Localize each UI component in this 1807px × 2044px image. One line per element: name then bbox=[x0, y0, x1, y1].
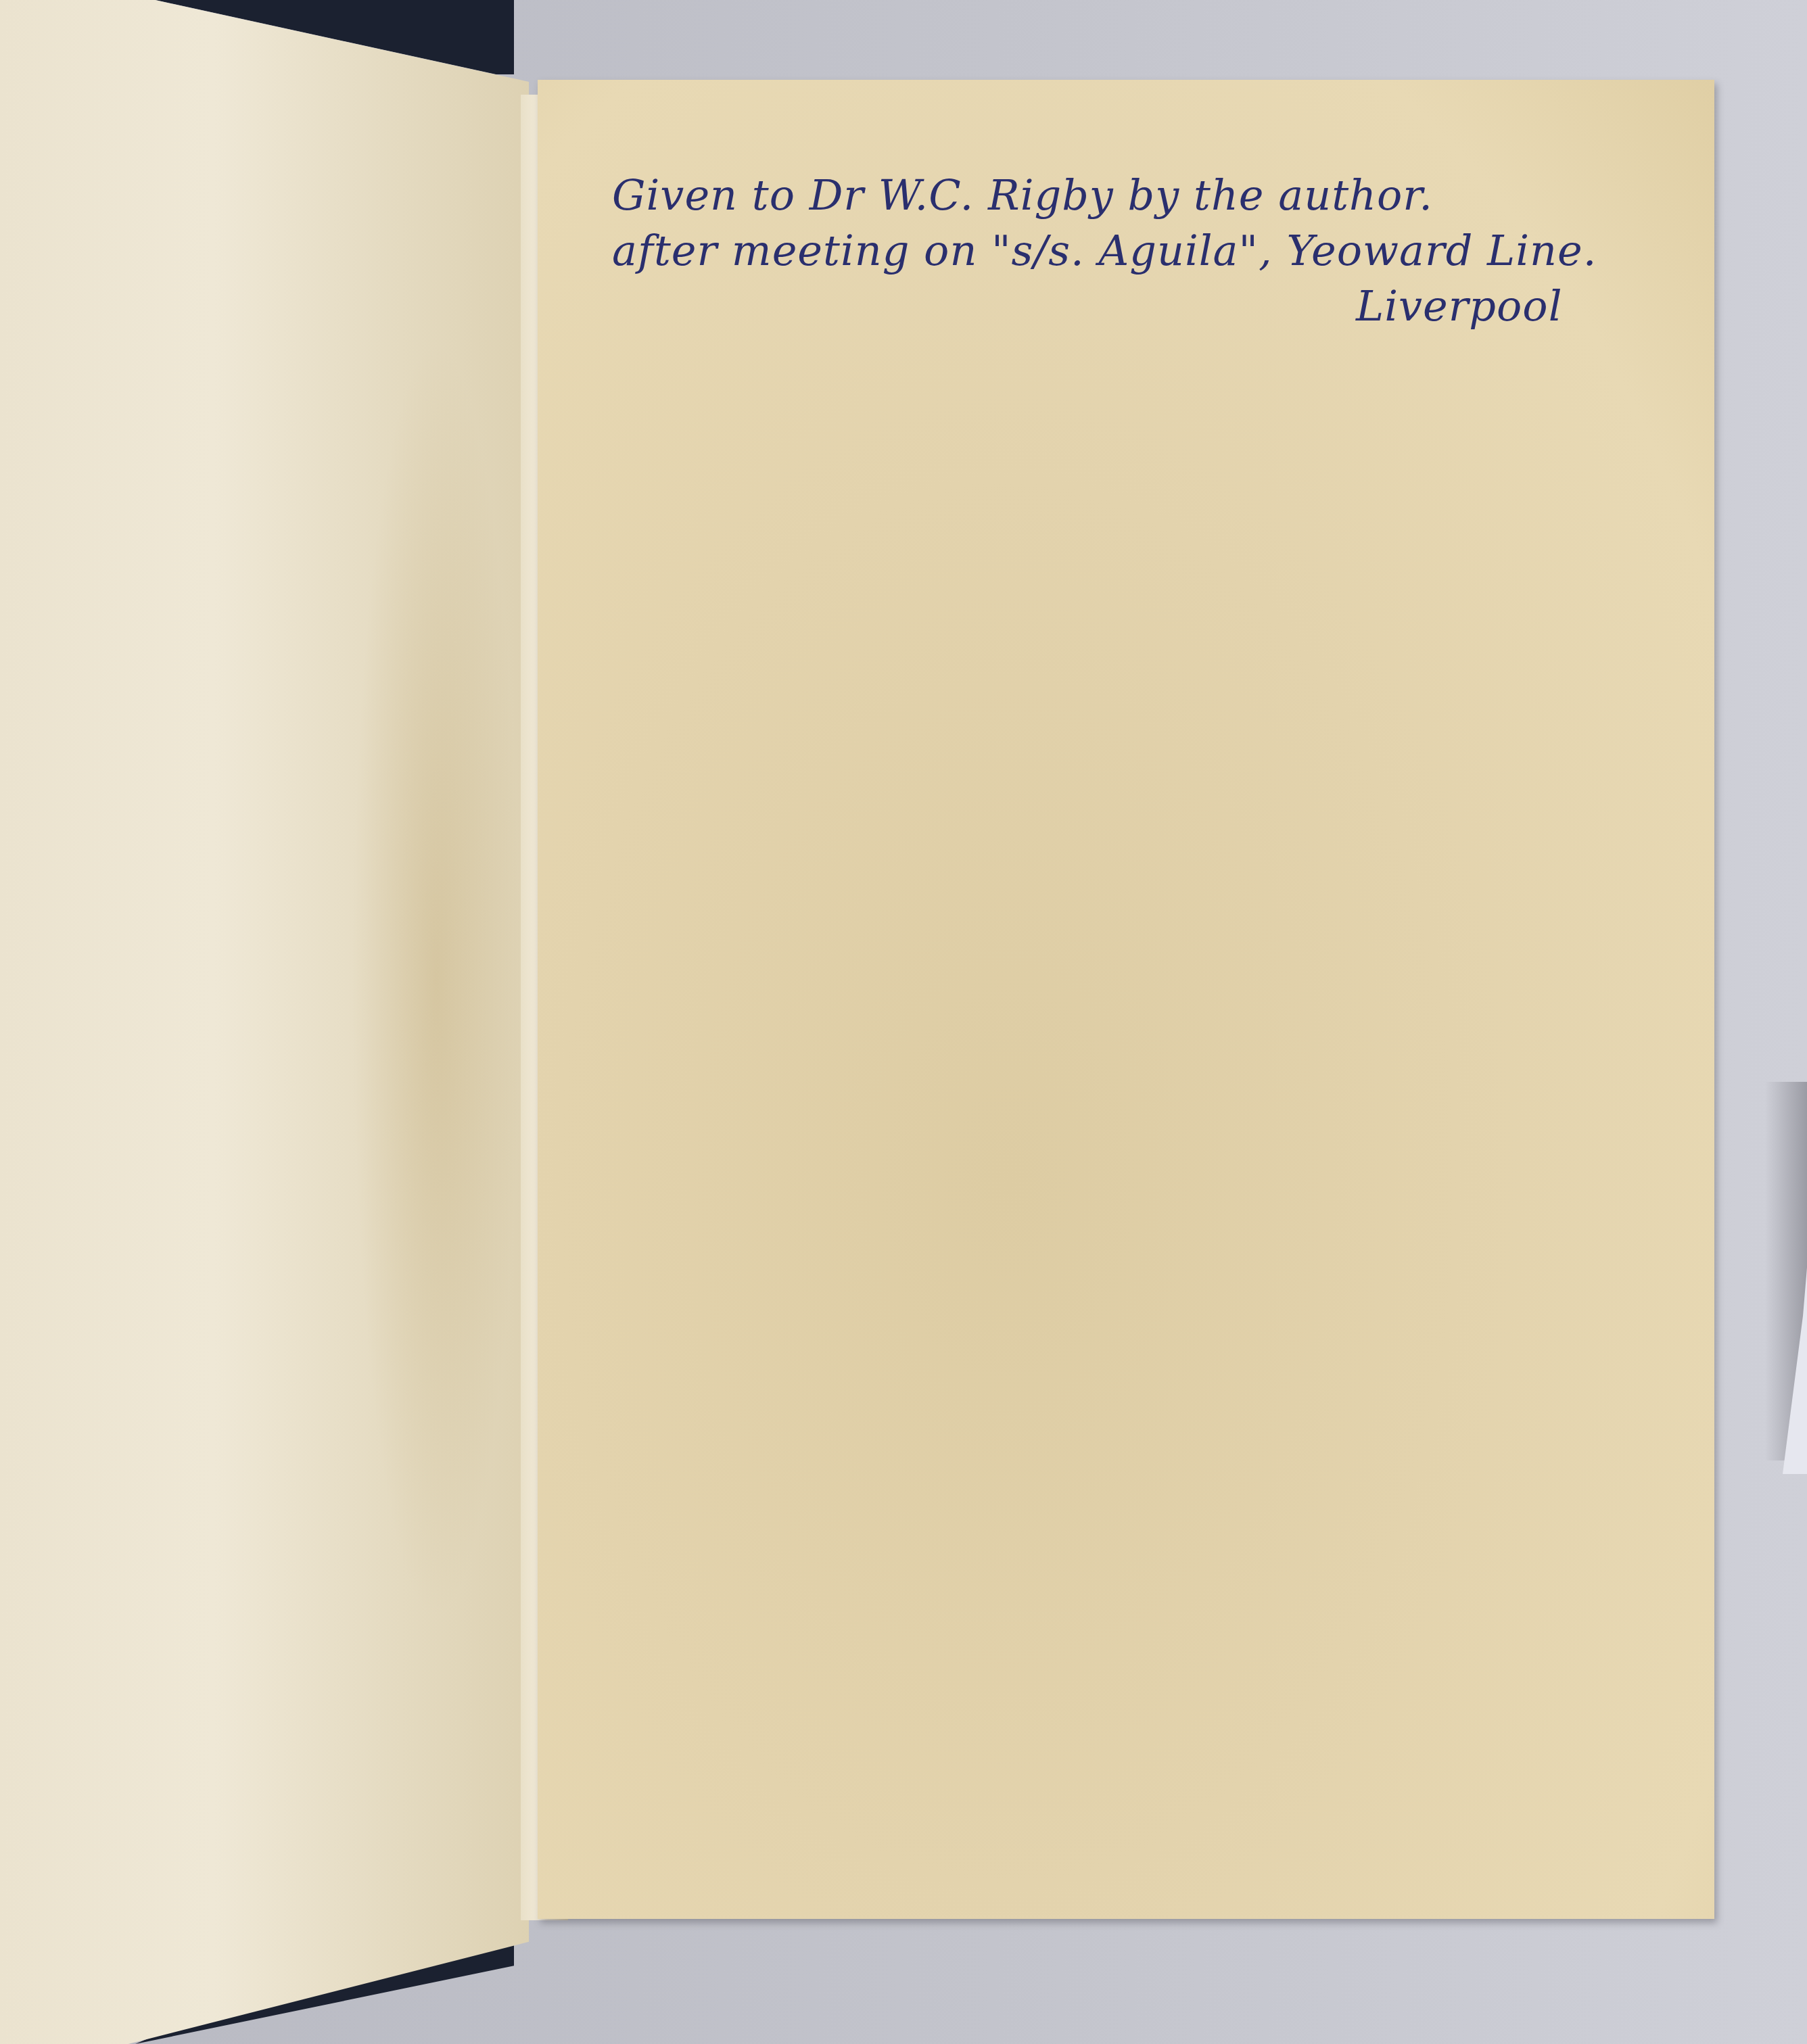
inscription-line: Given to Dr W.C. Rigby by the author. bbox=[612, 168, 1694, 223]
right-endpaper: Given to Dr W.C. Rigby by the author. af… bbox=[538, 80, 1714, 1919]
handwritten-inscription: Given to Dr W.C. Rigby by the author. af… bbox=[612, 168, 1694, 334]
inscription-line: after meeting on "s/s. Aguila", Yeoward … bbox=[612, 223, 1694, 279]
inscription-line: Liverpool bbox=[612, 279, 1694, 334]
foxing-stain bbox=[352, 338, 521, 1623]
